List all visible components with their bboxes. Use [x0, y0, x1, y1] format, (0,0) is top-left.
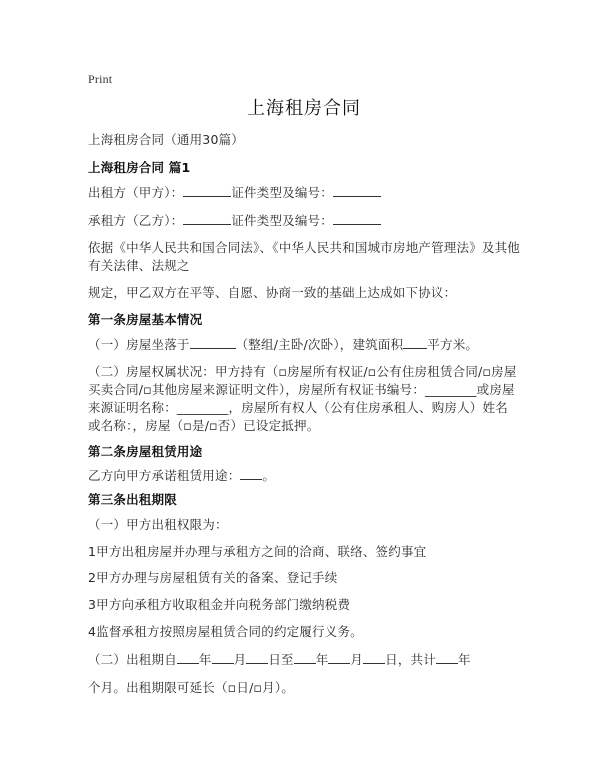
- start-day-blank: [246, 651, 268, 664]
- article3-item-2: 2甲方办理与房屋租赁有关的备案、登记手续: [88, 569, 337, 587]
- term-text: 年: [458, 652, 471, 667]
- article1-heading: 第一条房屋基本情况: [88, 311, 202, 329]
- location-blank: [190, 336, 236, 349]
- lessee-label: 承租方（乙方）：: [88, 213, 183, 228]
- article1-item2: （二）房屋权属状况：甲方持有（▫房屋所有权证/▫公有住房租赁合同/▫房屋买卖合同…: [88, 363, 520, 435]
- end-month-blank: [328, 651, 350, 664]
- item1-text-c: 平方米。: [427, 337, 478, 352]
- lessee-id-label: 证件类型及编号：: [231, 213, 333, 228]
- lessee-id-blank: [333, 212, 381, 225]
- article2-text: 乙方向甲方承诺租赁用途：。: [88, 467, 275, 485]
- term-text: （二）出租期自: [88, 652, 177, 667]
- term-text: 月: [234, 652, 247, 667]
- lessee-line: 承租方（乙方）：证件类型及编号：: [88, 212, 381, 230]
- end-day-blank: [363, 651, 385, 664]
- section-title: 上海租房合同 篇1: [88, 159, 190, 177]
- article2-text-b: 。: [262, 468, 275, 483]
- end-year-blank: [294, 651, 316, 664]
- lessor-line: 出租方（甲方）：证件类型及编号：: [88, 184, 381, 202]
- document-title: 上海租房合同: [247, 100, 361, 118]
- article3-sub2-cont: 个月。出租期限可延长（▫日/▫月）。: [88, 679, 294, 697]
- article2-text-a: 乙方向甲方承诺租赁用途：: [88, 468, 240, 483]
- article1-item1: （一）房屋坐落于（整组/主卧/次卧），建筑面积平方米。: [88, 336, 478, 354]
- term-text: 年: [199, 652, 212, 667]
- term-text: 年: [316, 652, 329, 667]
- lessor-id-blank: [333, 184, 381, 197]
- article3-item-1: 1甲方出租房屋并办理与承租方之间的洽商、联络、签约事宜: [88, 543, 426, 561]
- print-link[interactable]: Print: [88, 70, 112, 88]
- use-blank: [240, 467, 262, 480]
- article3-sub2: （二）出租期自年月日至年月日，共计年: [88, 651, 471, 669]
- lessor-blank: [183, 184, 231, 197]
- article3-sub1: （一）甲方出租权限为：: [88, 516, 228, 534]
- lessor-id-label: 证件类型及编号：: [231, 185, 333, 200]
- article3-item-3: 3甲方向承租方收取租金并向税务部门缴纳税费: [88, 596, 350, 614]
- lessee-blank: [183, 212, 231, 225]
- item1-text-a: （一）房屋坐落于: [88, 337, 190, 352]
- term-text: 日至: [268, 652, 293, 667]
- start-year-blank: [177, 651, 199, 664]
- total-years-blank: [436, 651, 458, 664]
- basis-paragraph: 依据《中华人民共和国合同法》、《中华人民共和国城市房地产管理法》及其他有关法律、…: [88, 239, 520, 275]
- article2-heading: 第二条房屋租赁用途: [88, 443, 202, 461]
- start-month-blank: [212, 651, 234, 664]
- area-blank: [403, 336, 427, 349]
- article3-heading: 第三条出租期限: [88, 491, 177, 509]
- lessor-label: 出租方（甲方）：: [88, 185, 183, 200]
- item1-text-b: （整组/主卧/次卧），建筑面积: [236, 337, 404, 352]
- term-text: 日，共计: [385, 652, 436, 667]
- document-subtitle: 上海租房合同（通用30篇）: [88, 131, 244, 149]
- agreement-paragraph: 规定，甲乙双方在平等、自愿、协商一致的基础上达成如下协议：: [88, 284, 456, 302]
- article3-item-4: 4监督承租方按照房屋租赁合同的约定履行义务。: [88, 623, 363, 641]
- term-text: 月: [350, 652, 363, 667]
